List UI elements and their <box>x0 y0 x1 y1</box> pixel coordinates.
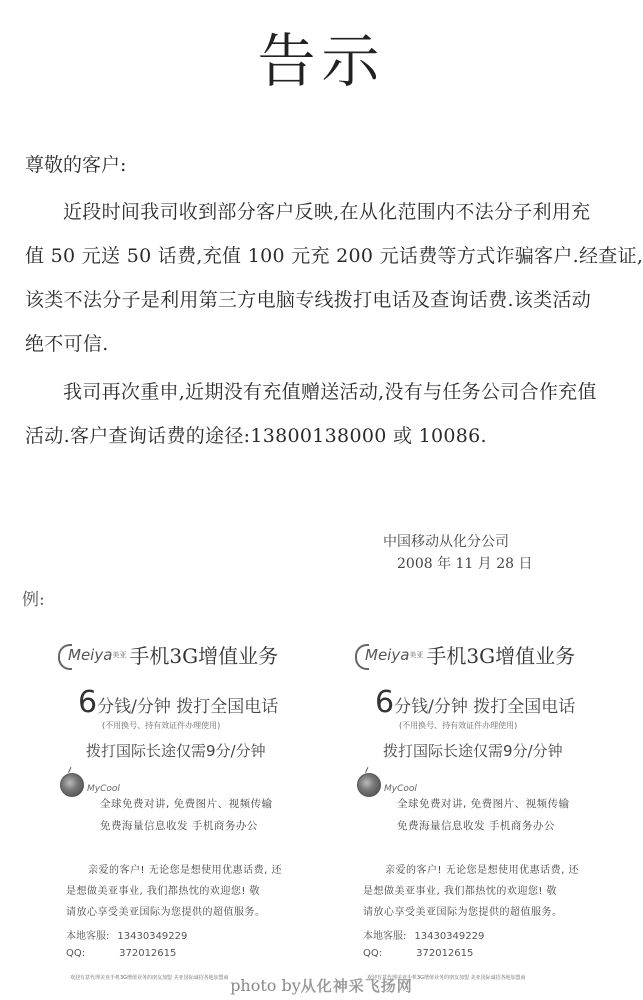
meiya-logo-cn: 美亚 <box>409 650 423 660</box>
ad-note: (不用换号、持有效证件办理使用) <box>102 720 220 731</box>
paragraph-1-line: 值 50 元送 50 话费,充值 100 元充 200 元话费等方式诈骗客户.经… <box>25 234 625 278</box>
ad-blurb-line: 是想做美亚事业, 我们都热忱的欢迎您! 敬 <box>66 881 296 902</box>
ad-blurb-line: 请放心享受美亚国际为您提供的超值服务。 <box>363 902 593 923</box>
example-label: 例: <box>22 585 45 610</box>
mycool-ball-icon <box>357 773 381 797</box>
paragraph-2-line: 我司再次重申,近期没有充值赠送活动,没有与任务公司合作充值 <box>25 370 625 414</box>
ad-header: Meiya 美亚 手机3G增值业务 <box>58 640 278 669</box>
ad-blurb-line: 亲爱的客户! 无论您是想使用优惠话费, 还 <box>363 860 593 881</box>
ad-header: Meiya 美亚 手机3G增值业务 <box>355 640 575 669</box>
qq-label: QQ: <box>66 948 85 959</box>
ad-headline: 手机3G增值业务 <box>129 640 278 669</box>
meiya-logo-cn: 美亚 <box>112 650 126 660</box>
ad-qq-contact: QQ:372012615 <box>66 948 176 959</box>
ad-blurb-line: 是想做美亚事业, 我们都热忱的欢迎您! 敬 <box>363 881 593 902</box>
qq-number: 372012615 <box>416 948 473 959</box>
ad-qq-contact: QQ:372012615 <box>363 948 473 959</box>
ad-price: 6分钱/分钟 拨打全国电话 <box>78 685 278 720</box>
ad-blurb: 亲爱的客户! 无论您是想使用优惠话费, 还 是想做美亚事业, 我们都热忱的欢迎您… <box>363 860 593 923</box>
ad-blurb-line: 亲爱的客户! 无论您是想使用优惠话费, 还 <box>66 860 296 881</box>
service-phone: 13430349229 <box>414 931 484 942</box>
mycool-label: MyCool <box>87 784 120 794</box>
qq-label: QQ: <box>363 948 382 959</box>
paragraph-2-line: 活动.客户查询话费的途径:13800138000 或 10086. <box>25 414 625 458</box>
watermark-prefix: photo by <box>230 976 301 995</box>
ad-price-number: 6 <box>375 685 394 720</box>
mycool-logo: MyCool <box>357 773 417 797</box>
signature-organization: 中国移动从化分公司 <box>383 531 533 553</box>
service-label: 本地客服: <box>66 931 109 942</box>
ad-service-contact: 本地客服:13430349229 <box>66 927 187 942</box>
signature-date: 2008 年 11 月 28 日 <box>383 553 533 575</box>
photo-watermark: photo by从化神采飞扬网 <box>0 975 643 996</box>
paragraph-1-line: 近段时间我司收到部分客户反映,在从化范围内不法分子利用充 <box>25 190 625 234</box>
paragraph-1: 近段时间我司收到部分客户反映,在从化范围内不法分子利用充 值 50 元送 50 … <box>25 190 625 366</box>
ad-feature-line: 全球免费对讲, 免费图片、视频传输 <box>397 796 570 811</box>
paragraph-2: 我司再次重申,近期没有充值赠送活动,没有与任务公司合作充值 活动.客户查询话费的… <box>25 370 625 458</box>
ad-flyer-left: Meiya 美亚 手机3G增值业务 6分钱/分钟 拨打全国电话 (不用换号、持有… <box>58 640 348 995</box>
ad-international-rate: 拨打国际长途仅需9分/分钟 <box>86 740 266 761</box>
notice-title: 告示 <box>0 14 643 98</box>
ad-note: (不用换号、持有效证件办理使用) <box>399 720 517 731</box>
watermark-site: 从化神采飞扬网 <box>301 977 413 995</box>
mycool-logo: MyCool <box>60 773 120 797</box>
paragraph-1-line: 该类不法分子是利用第三方电脑专线拨打电话及查询话费.该类活动 <box>25 278 625 322</box>
ad-feature-line: 免费海量信息收发 手机商务办公 <box>100 818 258 833</box>
ad-flyer-right: Meiya 美亚 手机3G增值业务 6分钱/分钟 拨打全国电话 (不用换号、持有… <box>355 640 643 995</box>
ad-service-contact: 本地客服:13430349229 <box>363 927 484 942</box>
ad-blurb: 亲爱的客户! 无论您是想使用优惠话费, 还 是想做美亚事业, 我们都热忱的欢迎您… <box>66 860 296 923</box>
ad-price-text: 分钱/分钟 拨打全国电话 <box>97 697 278 717</box>
salutation: 尊敬的客户: <box>25 150 126 177</box>
ad-blurb-line: 请放心享受美亚国际为您提供的超值服务。 <box>66 902 296 923</box>
ad-price-text: 分钱/分钟 拨打全国电话 <box>394 697 575 717</box>
ad-feature-line: 全球免费对讲, 免费图片、视频传输 <box>100 796 273 811</box>
paragraph-1-line: 绝不可信. <box>25 322 625 366</box>
ad-price-number: 6 <box>78 685 97 720</box>
service-phone: 13430349229 <box>117 931 187 942</box>
service-label: 本地客服: <box>363 931 406 942</box>
ad-headline: 手机3G增值业务 <box>426 640 575 669</box>
signature-block: 中国移动从化分公司 2008 年 11 月 28 日 <box>383 531 533 575</box>
ad-price: 6分钱/分钟 拨打全国电话 <box>375 685 575 720</box>
ad-feature-line: 免费海量信息收发 手机商务办公 <box>397 818 555 833</box>
mycool-ball-icon <box>60 773 84 797</box>
qq-number: 372012615 <box>119 948 176 959</box>
mycool-label: MyCool <box>384 784 417 794</box>
meiya-logo-icon: Meiya <box>355 646 409 664</box>
ad-international-rate: 拨打国际长途仅需9分/分钟 <box>383 740 563 761</box>
meiya-logo-icon: Meiya <box>58 646 112 664</box>
